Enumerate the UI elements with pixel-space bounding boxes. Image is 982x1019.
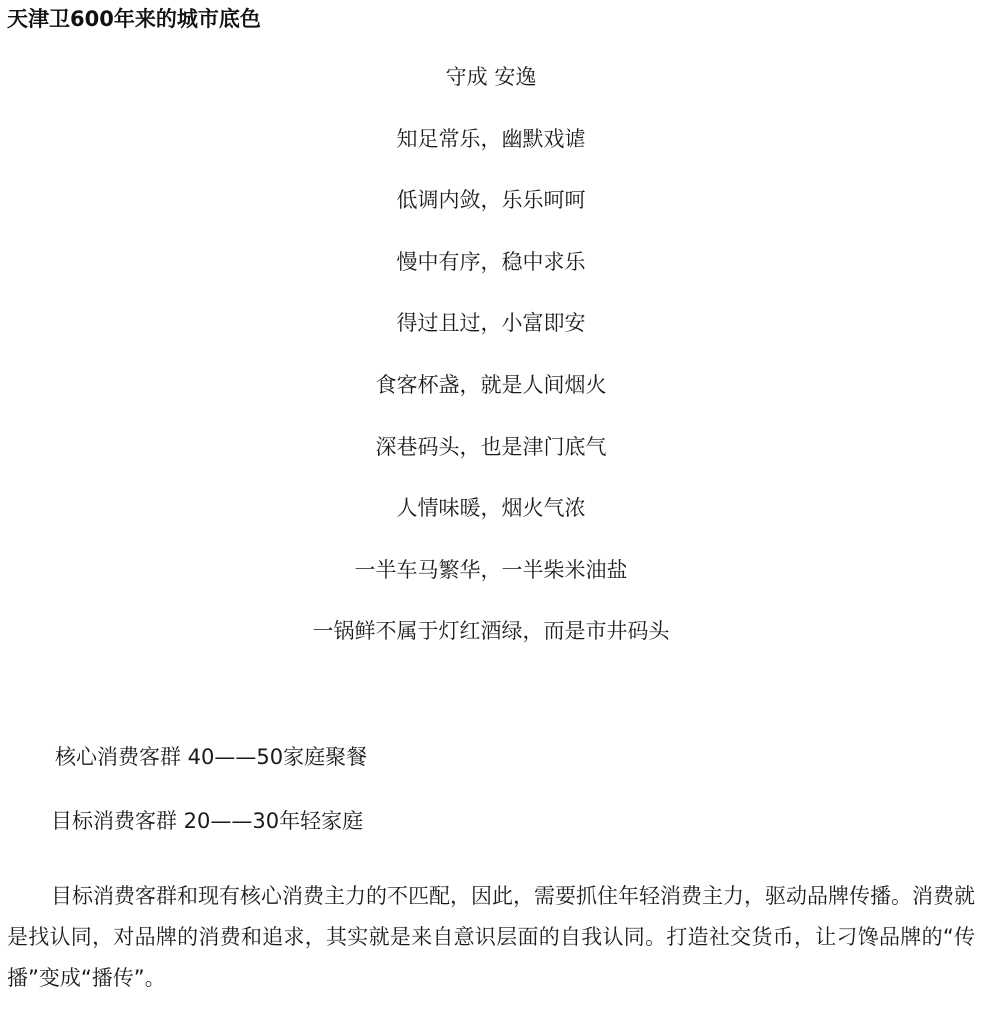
poem-line: 一锅鲜不属于灯红酒绿，而是市井码头 [0,616,982,646]
body-paragraph: 目标消费客群和现有核心消费主力的不匹配，因此，需要抓住年轻消费主力，驱动品牌传播… [7,876,975,999]
poem-line: 守成 安逸 [0,62,982,92]
poem-line: 食客杯盏，就是人间烟火 [0,370,982,400]
poem-line: 低调内敛，乐乐呵呵 [0,185,982,215]
core-customer-segment: 核心消费客群 40——50家庭聚餐 [0,742,982,772]
poem-line: 一半车马繁华，一半柴米油盐 [0,555,982,585]
customer-segments: 核心消费客群 40——50家庭聚餐 目标消费客群 20——30年轻家庭 [0,742,982,836]
poem-line: 得过且过，小富即安 [0,308,982,338]
poem-line: 深巷码头，也是津门底气 [0,432,982,462]
page-title: 天津卫600年来的城市底色 [7,4,261,34]
poem-line: 人情味暖，烟火气浓 [0,493,982,523]
poem-block: 守成 安逸 知足常乐，幽默戏谑 低调内敛，乐乐呵呵 慢中有序，稳中求乐 得过且过… [0,62,982,678]
target-customer-segment: 目标消费客群 20——30年轻家庭 [0,806,982,836]
poem-line: 慢中有序，稳中求乐 [0,247,982,277]
poem-line: 知足常乐，幽默戏谑 [0,124,982,154]
